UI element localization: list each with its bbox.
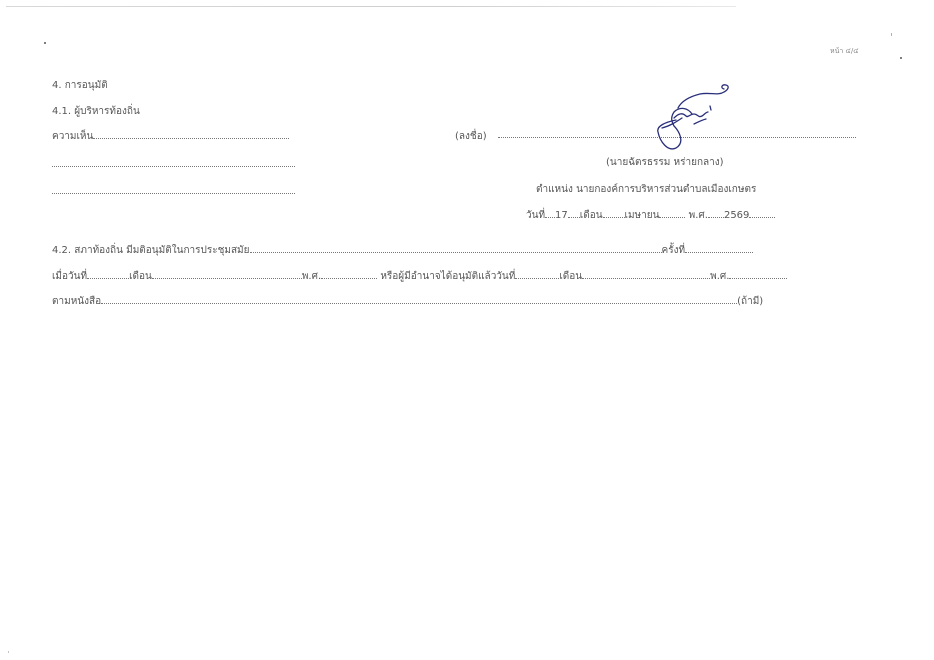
dot-leader — [568, 208, 580, 218]
scan-speck — [891, 33, 892, 36]
if-any-label: (ถ้ามี) — [737, 296, 763, 307]
month-field[interactable] — [152, 269, 302, 279]
scan-speck — [44, 42, 46, 44]
dot-leader — [749, 208, 775, 218]
authority-year-field[interactable] — [729, 269, 787, 279]
year-label: พ.ศ. — [302, 271, 321, 282]
scan-speck — [900, 57, 902, 59]
signer-name: (นายฉัตรธรรม หร่ายกลาง) — [606, 155, 724, 170]
date-label: วันที่ — [526, 210, 545, 221]
signature-date-line: วันที่17เดือนเมษายน พ.ศ.2569 — [526, 208, 775, 223]
year-field[interactable] — [321, 269, 377, 279]
year-value[interactable]: 2569 — [724, 210, 749, 221]
on-date-label: เมื่อวันที่ — [52, 271, 87, 282]
month-value[interactable]: เมษายน — [625, 210, 660, 221]
month-label-2: เดือน — [559, 271, 582, 282]
position-label: ตำแหน่ง — [536, 184, 573, 195]
dot-leader — [545, 208, 555, 218]
session-no-field[interactable] — [685, 243, 753, 253]
page-number: หน้า ๔/๔ — [830, 46, 859, 57]
day-field[interactable] — [87, 269, 129, 279]
position-line: ตำแหน่ง นายกองค์การบริหารส่วนตำบลเมืองเก… — [536, 182, 756, 197]
sign-label: (ลงชื่อ) — [455, 129, 487, 144]
dot-leader — [708, 208, 724, 218]
section-heading: 4. การอนุมัติ — [52, 78, 108, 93]
date-day-value[interactable]: 17 — [555, 210, 568, 221]
month-label: เดือน — [129, 271, 152, 282]
letter-field[interactable] — [101, 294, 737, 304]
letter-label: ตามหนังสือ — [52, 296, 101, 307]
dot-leader — [603, 208, 625, 218]
scan-top-edge — [6, 6, 736, 7]
opinion-line: ความเห็น — [52, 129, 289, 144]
scan-speck — [8, 651, 9, 653]
subsection-heading-4-1: 4.1. ผู้บริหารท้องถิ่น — [52, 104, 140, 119]
position-value: นายกองค์การบริหารส่วนตำบลเมืองเกษตร — [576, 184, 756, 195]
session-no-label: ครั้งที่ — [662, 245, 686, 256]
opinion-field[interactable] — [93, 129, 289, 139]
session-field[interactable] — [250, 243, 662, 253]
opinion-label: ความเห็น — [52, 131, 93, 142]
or-authority-label: หรือผู้มีอำนาจได้อนุมัติแล้ววันที่ — [380, 271, 515, 282]
dot-leader — [659, 208, 685, 218]
authority-day-field[interactable] — [515, 269, 559, 279]
subsection-heading-4-2: 4.2. สภาท้องถิ่น มีมติอนุมัติในการประชุม… — [52, 245, 250, 256]
opinion-field-line-2[interactable] — [52, 166, 295, 167]
month-label: เดือน — [580, 210, 603, 221]
handwritten-signature — [648, 82, 738, 154]
approval-date-line: เมื่อวันที่เดือนพ.ศ. หรือผู้มีอำนาจได้อน… — [52, 269, 787, 284]
council-line: 4.2. สภาท้องถิ่น มีมติอนุมัติในการประชุม… — [52, 243, 753, 258]
authority-month-field[interactable] — [582, 269, 710, 279]
year-label-2: พ.ศ. — [710, 271, 729, 282]
letter-line: ตามหนังสือ(ถ้ามี) — [52, 294, 763, 309]
opinion-field-line-3[interactable] — [52, 193, 295, 194]
year-label: พ.ศ. — [689, 210, 708, 221]
